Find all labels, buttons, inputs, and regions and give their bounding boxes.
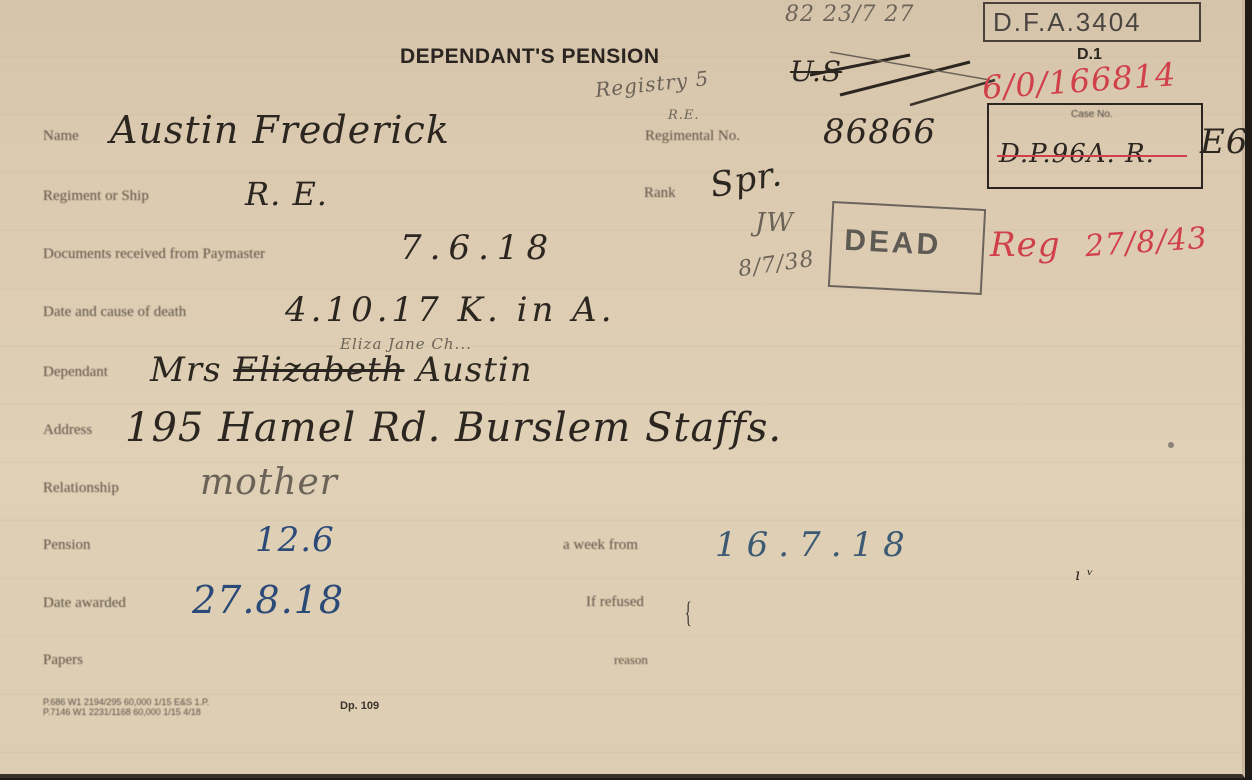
top-pencil-note: 82 23/7 27 [785,2,914,27]
stray-mark [1168,442,1174,448]
case-no-label: Case No. [1071,109,1113,120]
week-from-label: a week from [563,537,638,554]
dead-stamp: DEAD [828,201,986,295]
dependant-label: Dependant [43,364,108,381]
print-code: P.686 W1 2194/295 60,000 1/15 E&S 1.P. P… [43,697,209,717]
papers-label: Papers [43,652,83,669]
if-refused-label: If refused [586,594,644,611]
dependant-prefix: Mrs [150,350,222,390]
pension-record-card: DEPENDANT'S PENSION 82 23/7 27 U.S Regis… [0,0,1245,778]
regiment-value: R. E. [245,175,328,213]
red-strike-line [997,155,1187,157]
death-value: 4.10.17 K. in A. [285,290,616,330]
address-label: Address [43,422,92,439]
date-awarded-value: 27.8.18 [192,578,344,622]
red-reg-date: 27/8/43 [1084,221,1209,264]
date-awarded-label: Date awarded [43,595,126,612]
regimental-no-value: 86866 [823,112,936,152]
dfa-stamp: D.F.A.3404 [983,2,1201,42]
red-reg-note: Reg [990,225,1061,265]
dead-pencil-date: 8/7/38 [737,247,817,282]
relationship-label: Relationship [43,480,119,497]
document-title: DEPENDANT'S PENSION [400,45,660,69]
reason-label: reason [614,652,648,668]
dead-pencil-initials: JW [755,208,794,238]
regiment-label: Regiment or Ship [43,188,149,205]
dependant-struck-name: Elizabeth [233,350,404,390]
name-value: Austin Frederick [110,108,450,152]
form-number: Dp. 109 [340,700,379,712]
documents-received-label: Documents received from Paymaster [43,246,265,263]
rank-label: Rank [644,185,676,202]
registry-note: Registry 5 [594,66,710,102]
pension-value: 12.6 [255,520,335,560]
address-value: 195 Hamel Rd. Burslem Staffs. [125,405,782,451]
week-from-value: 16.7.18 [715,525,915,565]
pension-label: Pension [43,537,91,554]
regimental-no-label: Regimental No. [645,128,740,145]
dependant-surname: Austin [416,350,532,390]
brace-icon: { [685,596,692,630]
name-label: Name [43,128,79,145]
case-no-value: D.P.96A. R. [999,139,1155,169]
case-no-suffix: E6 [1200,122,1248,162]
dependant-value: Mrs Elizabeth Austin [150,350,533,390]
case-number-box: Case No. D.P.96A. R. [987,103,1203,189]
relationship-value: mother [200,462,338,503]
red-reference: 6/0/166814 [981,55,1178,106]
rank-value: Spr. [707,154,785,206]
documents-received-value: 7.6.18 [400,228,556,268]
strikethrough-lines [800,40,1000,110]
death-label: Date and cause of death [43,304,186,321]
stray-pencil-mark: ı ᵛ [1075,565,1094,584]
regimental-prefix-note: R.E. [668,108,700,123]
